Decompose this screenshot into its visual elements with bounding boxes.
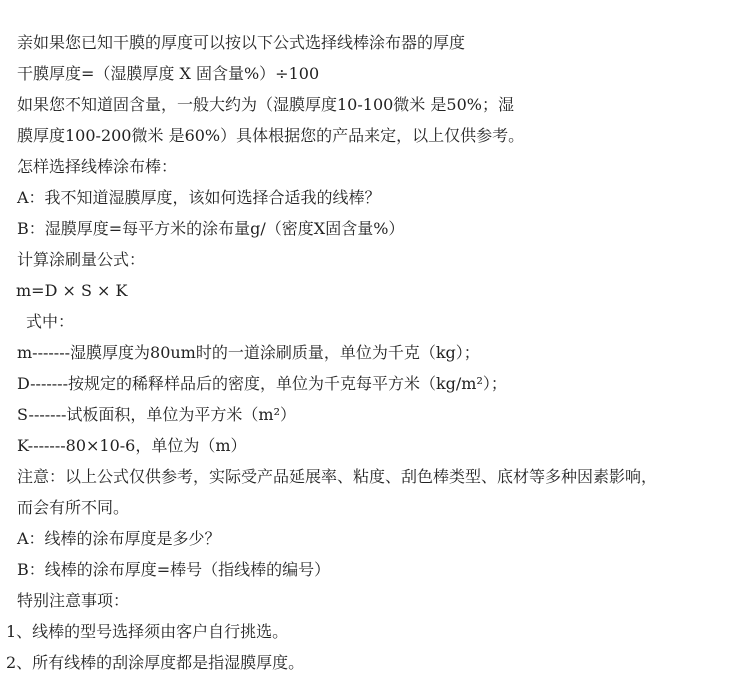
caution-note-1: 注意：以上公式仅供参考，实际受产品延展率、粘度、刮色棒类型、底材等多种因素影响，: [0, 461, 750, 492]
definition-d: D-------按规定的稀释样品后的密度，单位为千克每平方米（kg/m²）；: [0, 368, 750, 399]
answer-b-2: B：线棒的涂布厚度=棒号（指线棒的编号）: [0, 554, 750, 585]
question-a-1: A：我不知道湿膜厚度，该如何选择合适我的线棒？: [0, 182, 750, 213]
answer-b-1: B：湿膜厚度=每平方米的涂布量g/（密度X固含量%）: [0, 213, 750, 244]
special-note-item-1: 1、线棒的型号选择须由客户自行挑选。: [0, 616, 750, 647]
formula-where-label: 式中：: [0, 306, 750, 337]
solid-content-note-1: 如果您不知道固含量，一般大约为（湿膜厚度10-100微米 是50%；湿: [0, 89, 750, 120]
section-heading-how-to-choose: 怎样选择线棒涂布棒：: [0, 151, 750, 182]
question-a-2: A：线棒的涂布厚度是多少？: [0, 523, 750, 554]
dry-film-formula: 干膜厚度=（湿膜厚度 X 固含量%）÷100: [0, 58, 750, 89]
intro-line: 亲如果您已知干膜的厚度可以按以下公式选择线棒涂布器的厚度: [0, 27, 750, 58]
solid-content-note-2: 膜厚度100-200微米 是60%）具体根据您的产品来定，以上仅供参考。: [0, 120, 750, 151]
section-heading-coating-formula: 计算涂刷量公式：: [0, 244, 750, 275]
definition-k: K-------80×10-6，单位为（m）: [0, 430, 750, 461]
document-body: 亲如果您已知干膜的厚度可以按以下公式选择线棒涂布器的厚度 干膜厚度=（湿膜厚度 …: [0, 27, 750, 678]
section-heading-special-notes: 特别注意事项：: [0, 585, 750, 616]
coating-formula: m=D × S × K: [0, 275, 750, 306]
caution-note-2: 而会有所不同。: [0, 492, 750, 523]
special-note-item-2: 2、所有线棒的刮涂厚度都是指湿膜厚度。: [0, 647, 750, 678]
definition-s: S-------试板面积，单位为平方米（m²）: [0, 399, 750, 430]
definition-m: m-------湿膜厚度为80um时的一道涂刷质量，单位为千克（kg）；: [0, 337, 750, 368]
